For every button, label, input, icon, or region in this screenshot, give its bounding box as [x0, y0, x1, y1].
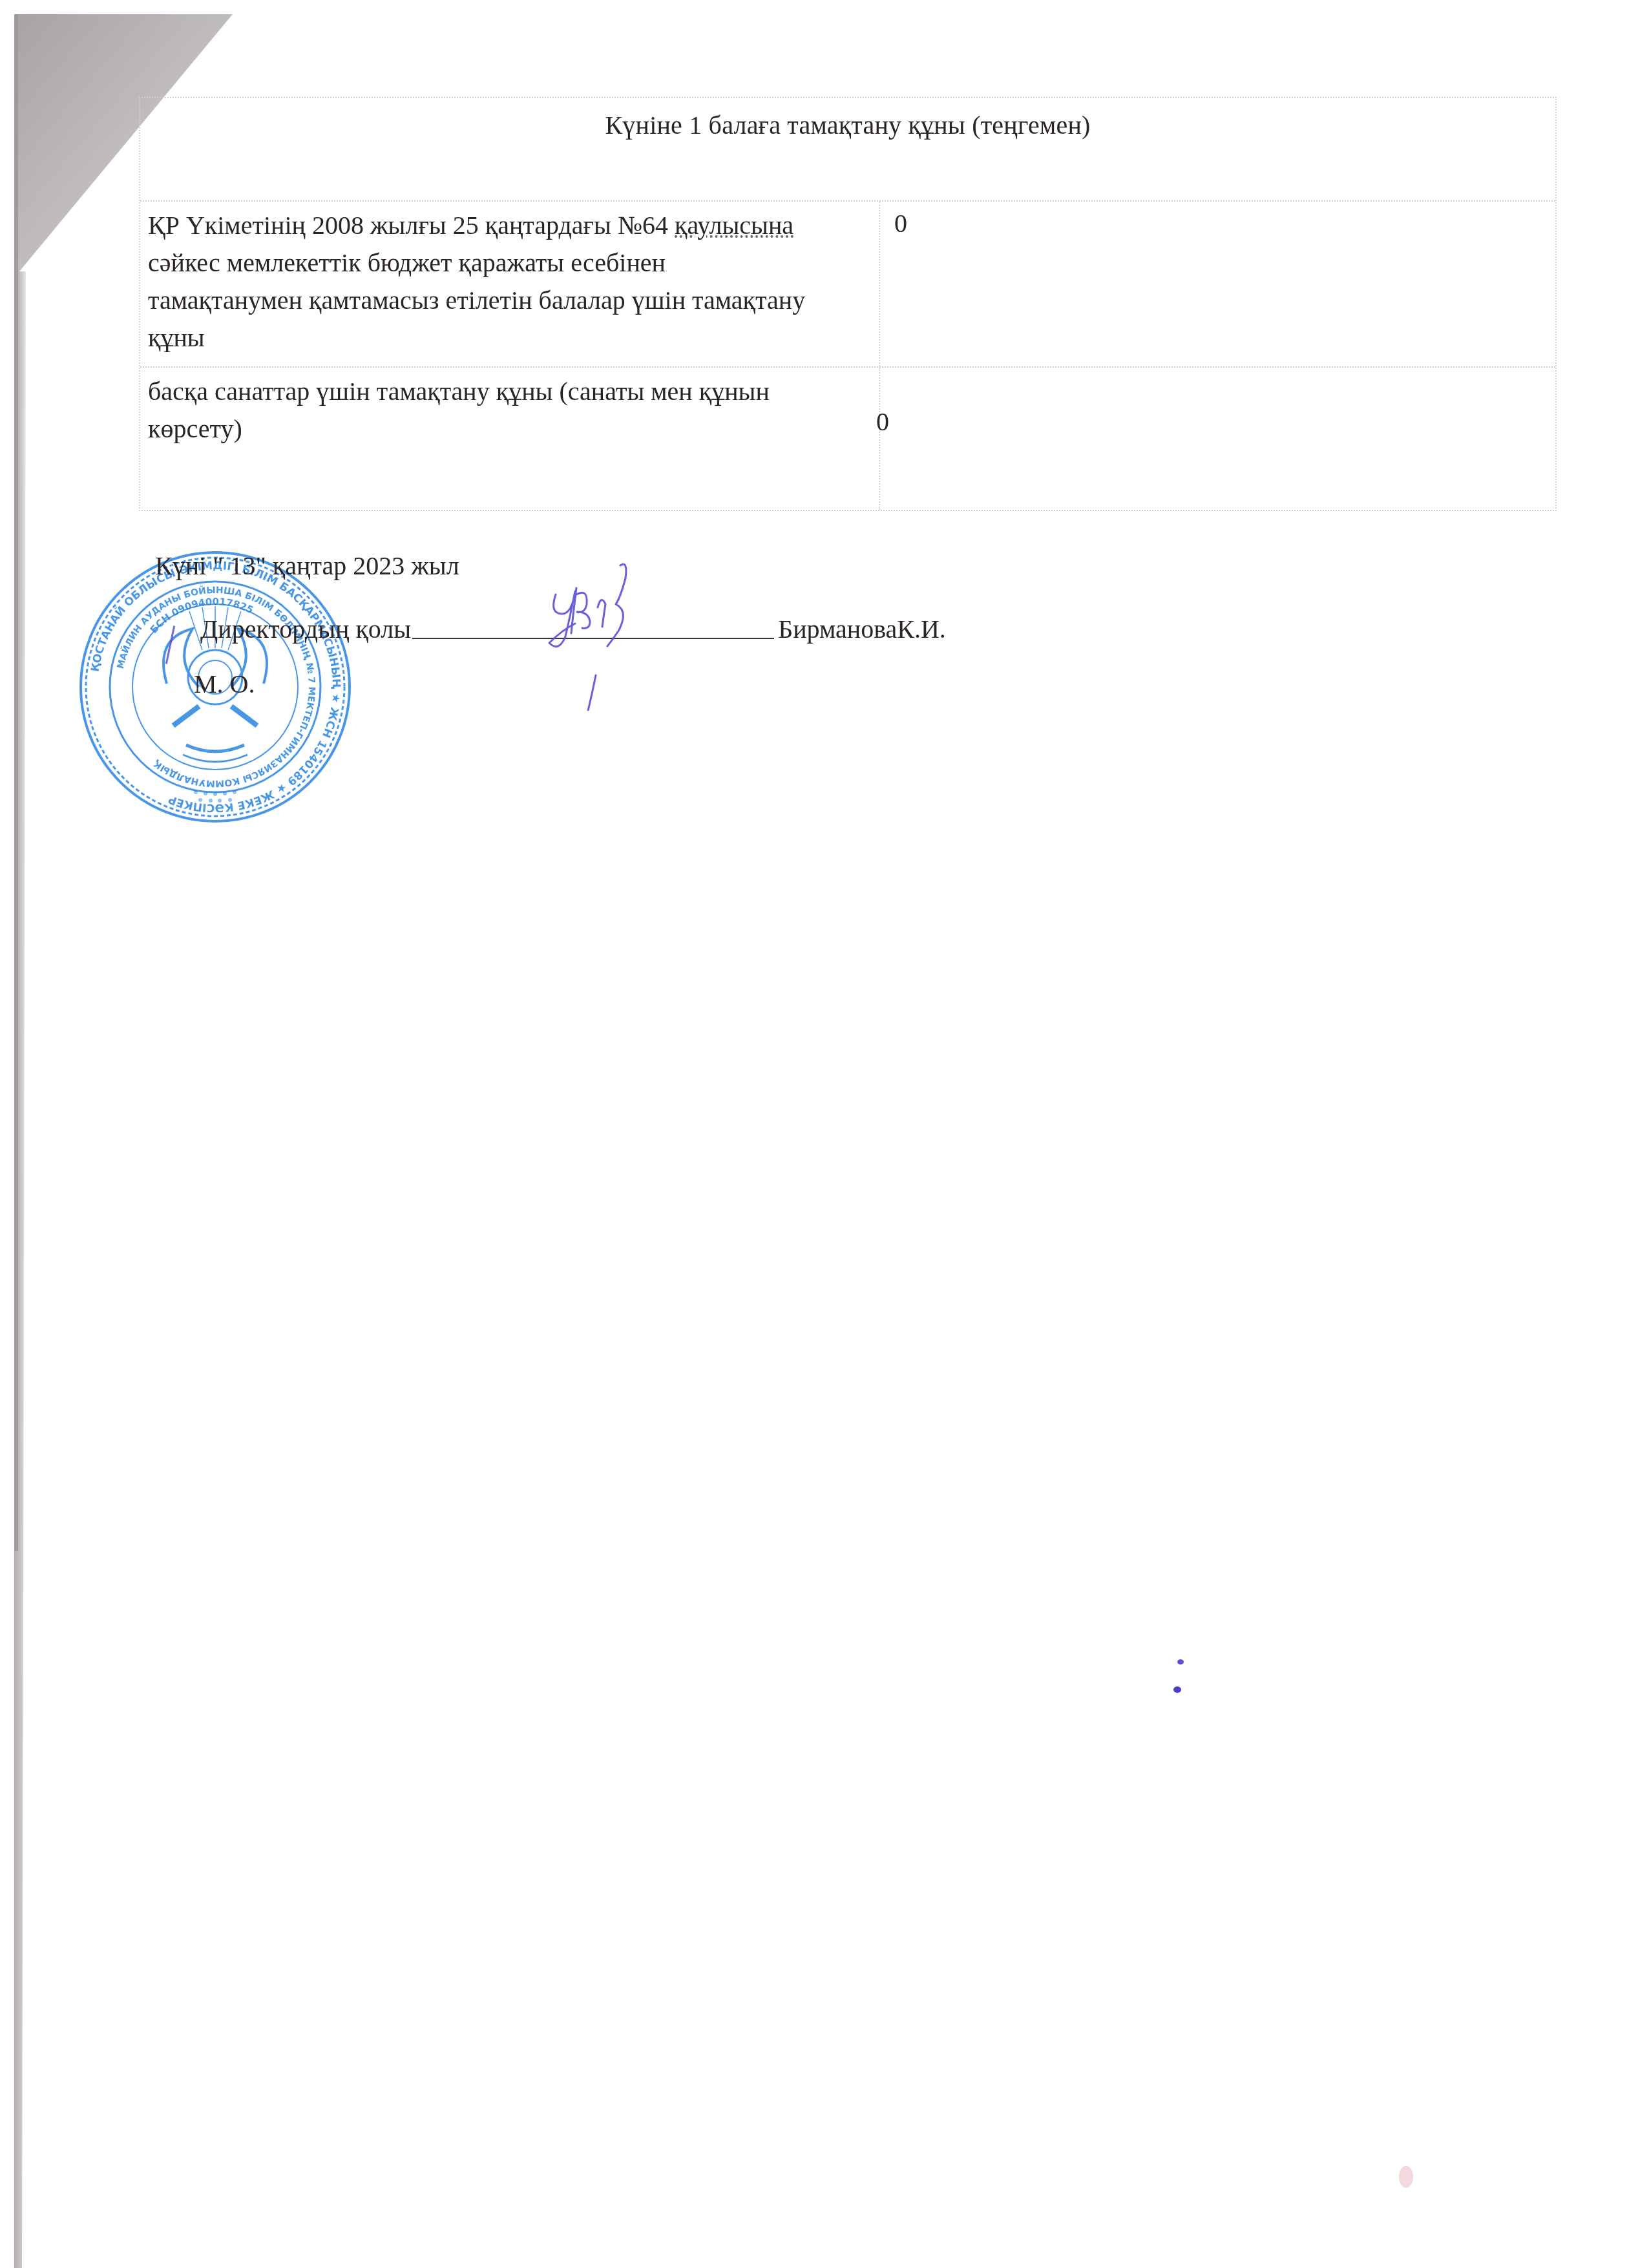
- pink-speck: [1399, 2166, 1413, 2188]
- spellcheck-underlined-word: қаулысына: [675, 211, 793, 240]
- ink-speck: [1173, 1686, 1181, 1693]
- date-line: Күні " 13" қаңтар 2023 жыл: [155, 551, 459, 581]
- row-label-other-categories: басқа санаттар үшін тамақтану құны (сана…: [140, 368, 880, 510]
- ink-speck: [1177, 1659, 1184, 1664]
- row-label-state-budget: ҚР Үкіметінің 2008 жылғы 25 қаңтардағы №…: [140, 202, 880, 366]
- seal-place-label: М. О.: [194, 669, 255, 699]
- table-row: ҚР Үкіметінің 2008 жылғы 25 қаңтардағы №…: [140, 202, 1555, 368]
- director-name: БирмановаК.И.: [778, 614, 946, 644]
- table-header-row: Күніне 1 балаға тамақтану құны (теңгемен…: [140, 98, 1555, 202]
- handwritten-signature: [536, 556, 666, 711]
- table-row: басқа санаттар үшін тамақтану құны (сана…: [140, 368, 1555, 510]
- row-value-state-budget: 0: [880, 202, 1555, 366]
- row-value-other-categories: 0: [876, 368, 1555, 510]
- meal-cost-table: Күніне 1 балаға тамақтану құны (теңгемен…: [139, 97, 1557, 511]
- director-label: Директордың қолы: [200, 614, 411, 644]
- table-header: Күніне 1 балаға тамақтану құны (теңгемен…: [140, 98, 1555, 200]
